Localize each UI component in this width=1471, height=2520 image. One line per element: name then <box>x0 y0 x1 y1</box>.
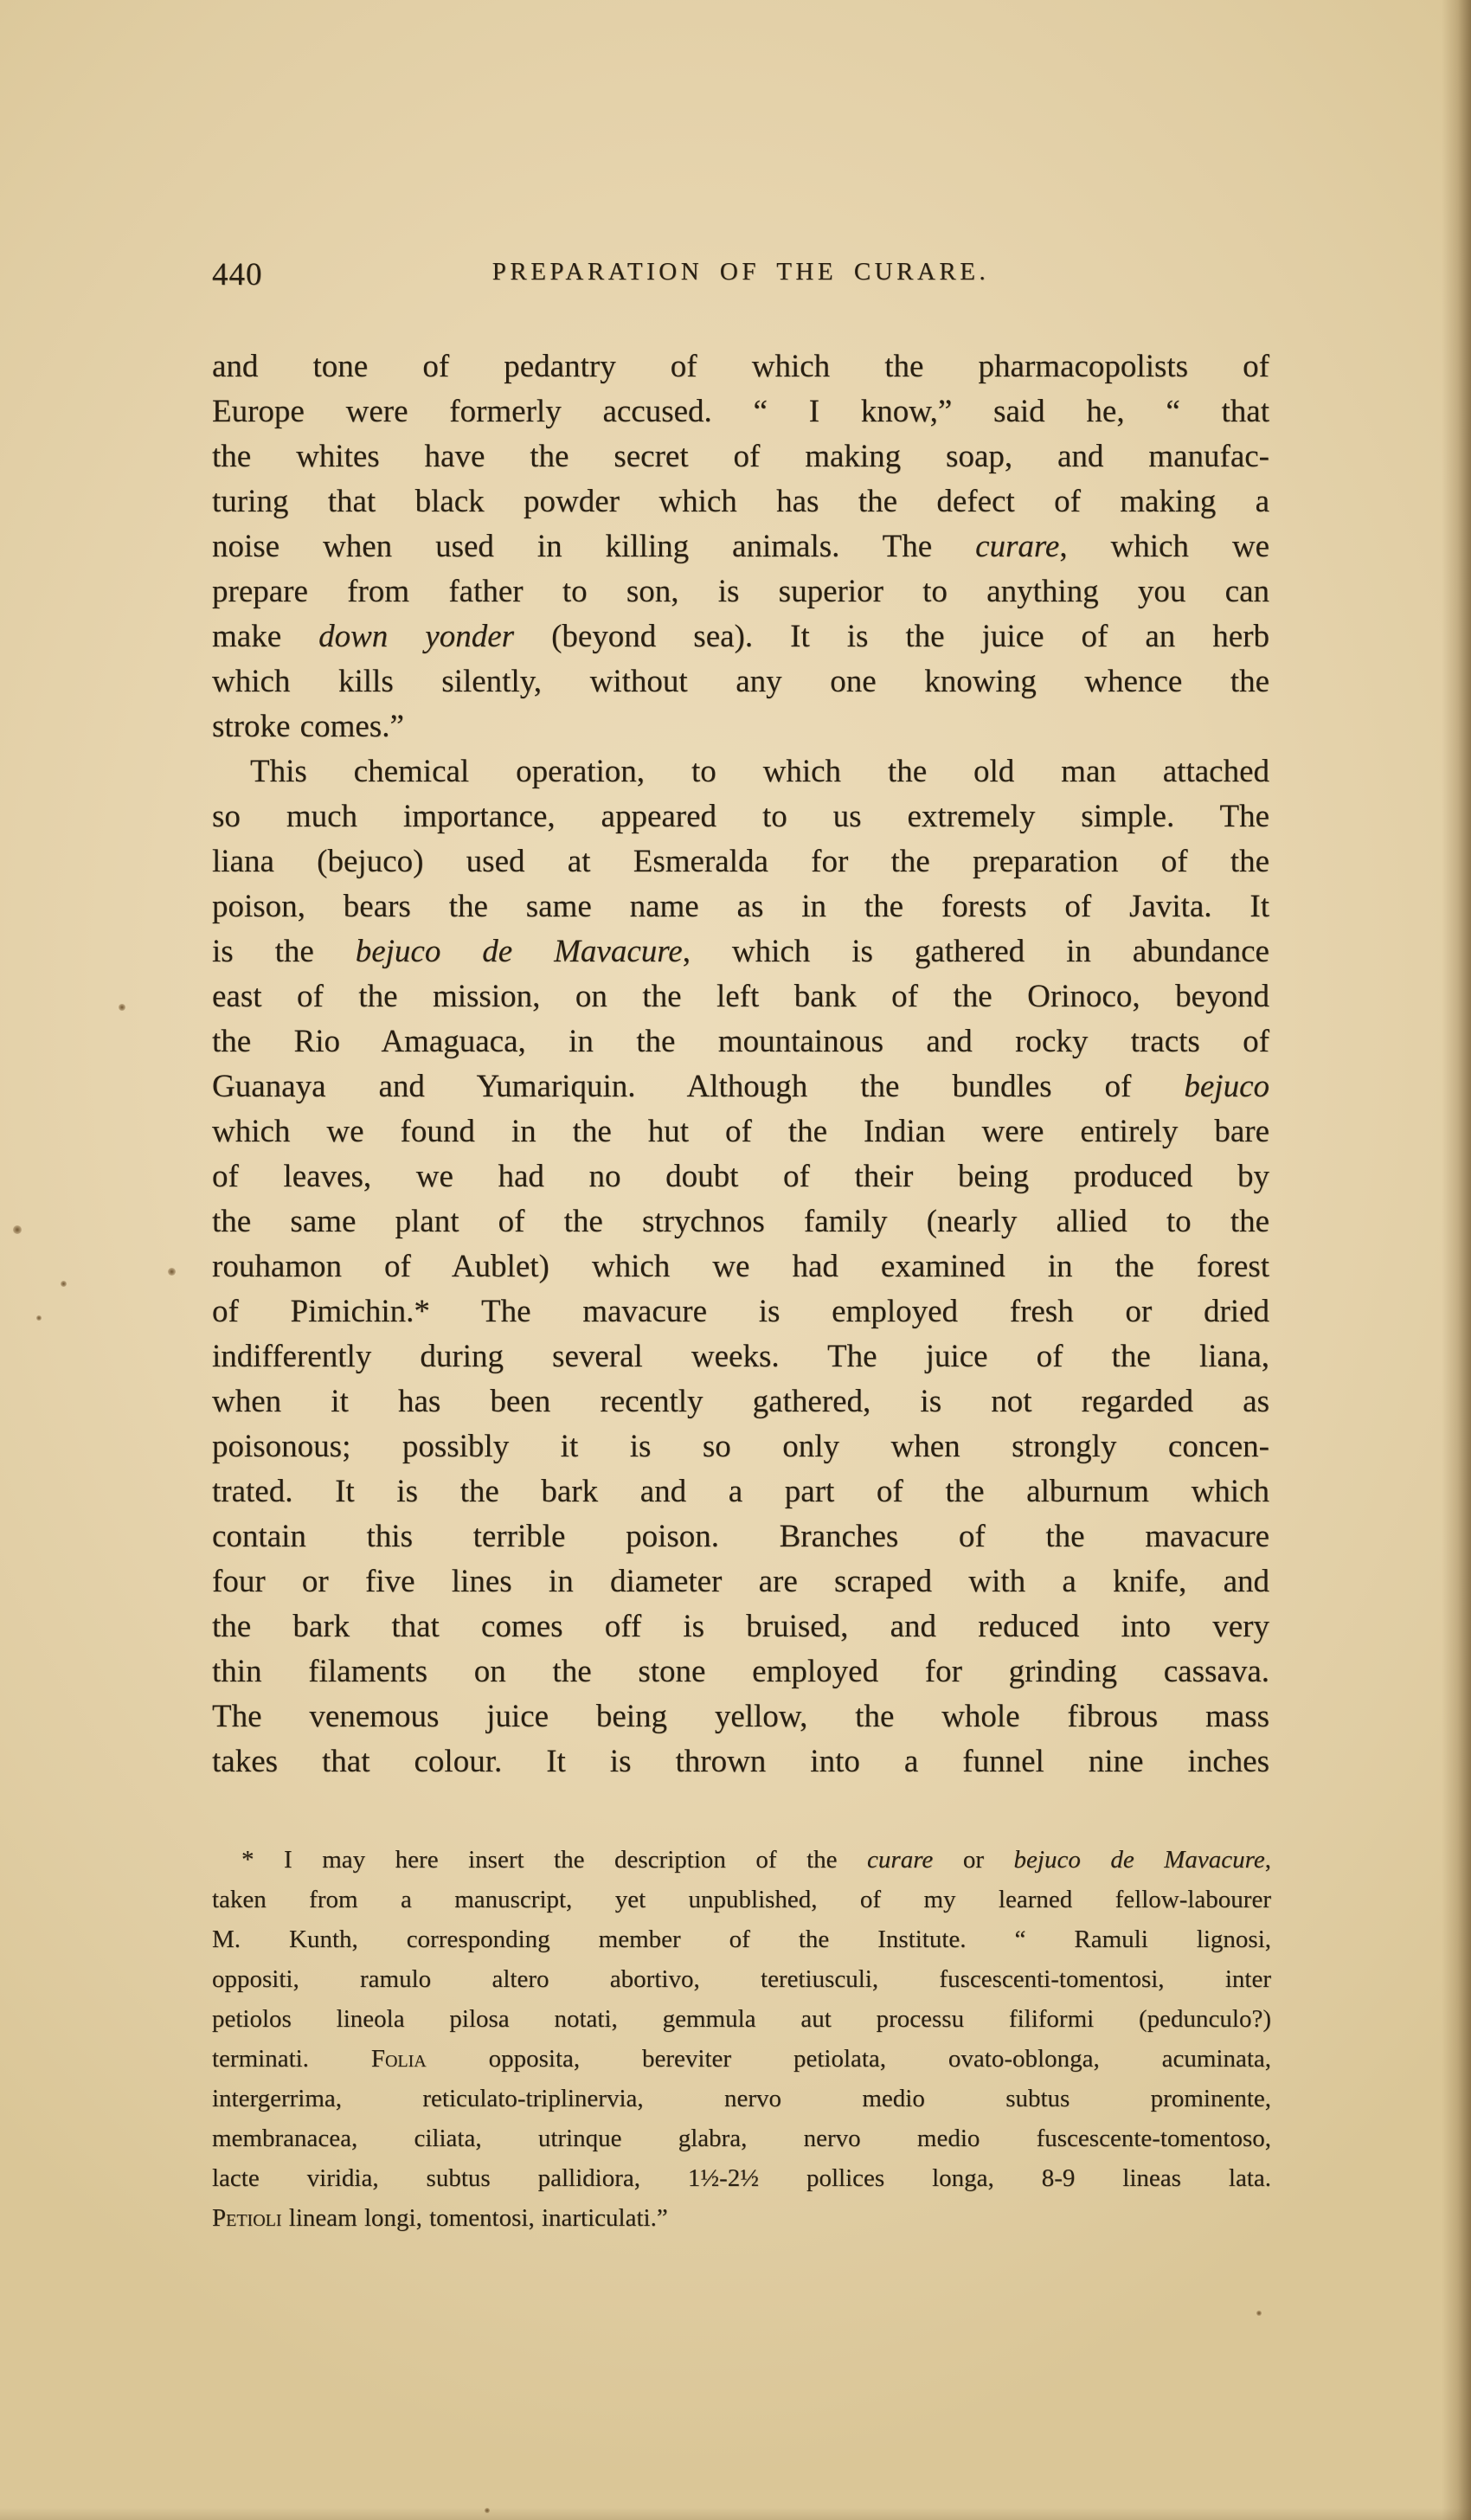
text-line: the same plant of the strychnos family (… <box>212 1199 1269 1244</box>
text-segment: Guanaya and Yumariquin. Although the bun… <box>212 1069 1184 1104</box>
page-bottom-shadow <box>0 2508 1471 2520</box>
text-line: The venemous juice being yellow, the who… <box>212 1694 1269 1739</box>
page-edge-shadow <box>1442 0 1471 2520</box>
paper-speck <box>36 1315 42 1321</box>
text-line: which kills silently, without any one kn… <box>212 659 1269 704</box>
text-segment: The venemous juice being yellow, the who… <box>212 1699 1269 1734</box>
text-line: is the bejuco de Mavacure, which is gath… <box>212 929 1269 974</box>
paper-speck <box>119 1004 125 1011</box>
text-line: indifferently during several weeks. The … <box>212 1334 1269 1379</box>
text-segment: turing that black powder which has the d… <box>212 484 1269 519</box>
text-line: contain this terrible poison. Branches o… <box>212 1514 1269 1559</box>
text-segment: trated. It is the bark and a part of the… <box>212 1474 1269 1509</box>
text-segment: oppositi, ramulo altero abortivo, tereti… <box>212 1965 1271 1993</box>
paper-speck <box>61 1281 67 1287</box>
text-segment: petiolos lineola pilosa notati, gemmula … <box>212 2005 1271 2033</box>
text-segment: opposita, bereviter petiolata, ovato-obl… <box>427 2045 1271 2073</box>
text-segment: of leaves, we had no doubt of their bein… <box>212 1159 1269 1194</box>
text-line: turing that black powder which has the d… <box>212 479 1269 524</box>
page-header: 440 PREPARATION OF THE CURARE. <box>212 254 1269 292</box>
text-line: Petioli lineam longi, tomentosi, inartic… <box>212 2198 1271 2238</box>
text-segment: contain this terrible poison. Branches o… <box>212 1519 1269 1554</box>
small-caps-text: Petioli <box>212 2204 282 2232</box>
text-segment: make <box>212 619 318 654</box>
italic-text: bejuco <box>1184 1069 1269 1104</box>
text-line: the whites have the secret of making soa… <box>212 434 1269 479</box>
paper-speck <box>485 2508 490 2513</box>
text-segment: poisonous; possibly it is so only when s… <box>212 1429 1269 1464</box>
text-line: lacte viridia, subtus pallidiora, 1½-2½ … <box>212 2158 1271 2198</box>
text-line: the bark that comes off is bruised, and … <box>212 1604 1269 1649</box>
text-segment: when it has been recently gathered, is n… <box>212 1384 1269 1419</box>
text-segment: the whites have the secret of making soa… <box>212 439 1269 474</box>
text-line: noise when used in killing animals. The … <box>212 524 1269 569</box>
text-line: petiolos lineola pilosa notati, gemmula … <box>212 1999 1271 2039</box>
text-line: terminati. Folia opposita, bereviter pet… <box>212 2039 1271 2079</box>
text-line: poison, bears the same name as in the fo… <box>212 884 1269 929</box>
text-segment: , which we <box>1059 529 1269 564</box>
book-page: 440 PREPARATION OF THE CURARE. and tone … <box>0 0 1471 2520</box>
text-segment: of Pimichin.* The mavacure is employed f… <box>212 1294 1269 1329</box>
text-line: when it has been recently gathered, is n… <box>212 1379 1269 1424</box>
text-line: Guanaya and Yumariquin. Although the bun… <box>212 1064 1269 1109</box>
text-line: trated. It is the bark and a part of the… <box>212 1469 1269 1514</box>
text-segment: lineam longi, tomentosi, inarticulati.” <box>282 2204 668 2232</box>
text-segment: poison, bears the same name as in the fo… <box>212 889 1269 924</box>
small-caps-text: Folia <box>371 2045 427 2073</box>
text-segment: or <box>933 1846 1013 1874</box>
text-segment: , <box>1265 1846 1271 1874</box>
text-segment: which kills silently, without any one kn… <box>212 664 1269 699</box>
footnote: * I may here insert the description of t… <box>212 1840 1271 2238</box>
paper-speck <box>13 1225 22 1234</box>
text-line: and tone of pedantry of which the pharma… <box>212 344 1269 389</box>
paper-speck <box>1256 2311 1262 2316</box>
text-line: M. Kunth, corresponding member of the In… <box>212 1919 1271 1959</box>
text-segment: stroke comes.” <box>212 709 404 744</box>
text-line: intergerrima, reticulato-triplinervia, n… <box>212 2079 1271 2118</box>
main-text: and tone of pedantry of which the pharma… <box>212 344 1269 1784</box>
text-line: * I may here insert the description of t… <box>212 1840 1271 1880</box>
text-segment: taken from a manuscript, yet unpublished… <box>212 1886 1271 1913</box>
text-line: poisonous; possibly it is so only when s… <box>212 1424 1269 1469</box>
text-line: stroke comes.” <box>212 704 1269 749</box>
text-segment: M. Kunth, corresponding member of the In… <box>212 1925 1271 1953</box>
text-segment: intergerrima, reticulato-triplinervia, n… <box>212 2085 1271 2112</box>
text-segment: the Rio Amaguaca, in the mountainous and… <box>212 1024 1269 1059</box>
text-line: membranacea, ciliata, utrinque glabra, n… <box>212 2118 1271 2158</box>
text-segment: * I may here insert the description of t… <box>241 1846 867 1874</box>
italic-text: bejuco de Mavacure <box>1014 1846 1265 1874</box>
text-line: prepare from father to son, is superior … <box>212 569 1269 614</box>
text-segment: prepare from father to son, is superior … <box>212 574 1269 609</box>
text-segment: liana (bejuco) used at Esmeralda for the… <box>212 844 1269 879</box>
text-line: the Rio Amaguaca, in the mountainous and… <box>212 1019 1269 1064</box>
text-segment: and tone of pedantry of which the pharma… <box>212 349 1269 384</box>
text-segment: This chemical operation, to which the ol… <box>250 754 1269 789</box>
text-line: Europe were formerly accused. “ I know,”… <box>212 389 1269 434</box>
italic-text: down yonder <box>318 619 514 654</box>
text-segment: rouhamon of Aublet) which we had examine… <box>212 1249 1269 1284</box>
text-segment: (beyond sea). It is the juice of an herb <box>514 619 1269 654</box>
text-line: liana (bejuco) used at Esmeralda for the… <box>212 839 1269 884</box>
text-segment: four or five lines in diameter are scrap… <box>212 1564 1269 1599</box>
italic-text: curare <box>975 529 1059 564</box>
text-segment: membranacea, ciliata, utrinque glabra, n… <box>212 2125 1271 2152</box>
text-line: rouhamon of Aublet) which we had examine… <box>212 1244 1269 1289</box>
text-line: takes that colour. It is thrown into a f… <box>212 1739 1269 1784</box>
text-segment: thin filaments on the stone employed for… <box>212 1654 1269 1689</box>
text-line: make down yonder (beyond sea). It is the… <box>212 614 1269 659</box>
text-line: of Pimichin.* The mavacure is employed f… <box>212 1289 1269 1334</box>
text-segment: takes that colour. It is thrown into a f… <box>212 1744 1269 1779</box>
text-segment: which we found in the hut of the Indian … <box>212 1114 1269 1149</box>
running-title: PREPARATION OF THE CURARE. <box>212 258 1269 286</box>
text-line: east of the mission, on the left bank of… <box>212 974 1269 1019</box>
text-segment: east of the mission, on the left bank of… <box>212 979 1269 1014</box>
text-line: so much importance, appeared to us extre… <box>212 794 1269 839</box>
text-line: oppositi, ramulo altero abortivo, tereti… <box>212 1959 1271 1999</box>
text-segment: noise when used in killing animals. The <box>212 529 975 564</box>
text-segment: indifferently during several weeks. The … <box>212 1339 1269 1374</box>
text-line: which we found in the hut of the Indian … <box>212 1109 1269 1154</box>
paper-speck <box>168 1268 176 1276</box>
text-segment: , which is gathered in abundance <box>683 934 1269 969</box>
text-line: of leaves, we had no doubt of their bein… <box>212 1154 1269 1199</box>
text-segment: terminati. <box>212 2045 371 2073</box>
text-line: taken from a manuscript, yet unpublished… <box>212 1880 1271 1919</box>
text-segment: the same plant of the strychnos family (… <box>212 1204 1269 1239</box>
italic-text: bejuco de Mavacure <box>356 934 683 969</box>
text-segment: the bark that comes off is bruised, and … <box>212 1609 1269 1644</box>
text-segment: lacte viridia, subtus pallidiora, 1½-2½ … <box>212 2164 1271 2192</box>
text-segment: Europe were formerly accused. “ I know,”… <box>212 394 1269 429</box>
text-segment: is the <box>212 934 356 969</box>
italic-text: curare <box>867 1846 933 1874</box>
text-line: four or five lines in diameter are scrap… <box>212 1559 1269 1604</box>
text-line: This chemical operation, to which the ol… <box>212 749 1269 794</box>
text-line: thin filaments on the stone employed for… <box>212 1649 1269 1694</box>
text-segment: so much importance, appeared to us extre… <box>212 799 1269 834</box>
